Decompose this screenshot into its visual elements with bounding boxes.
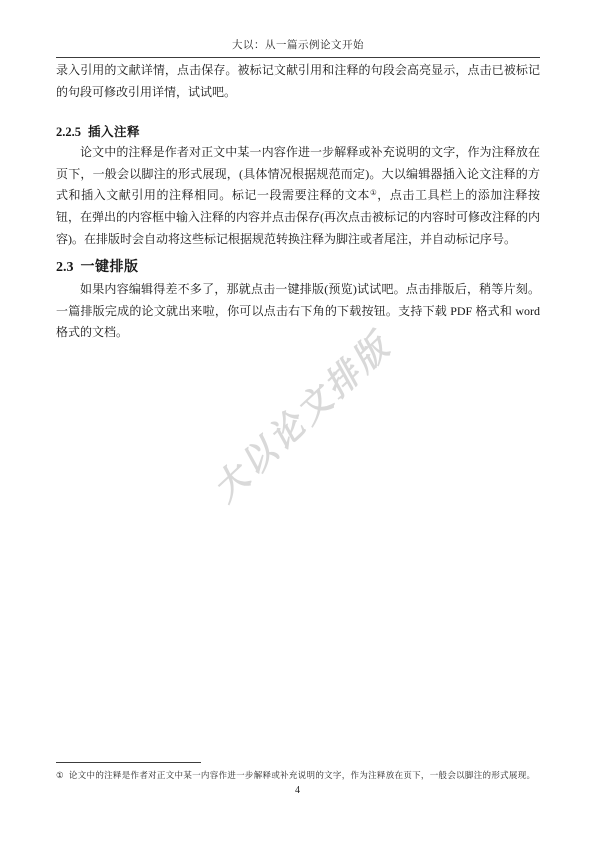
running-header: 大以：从一篇示例论文开始 (56, 39, 540, 58)
footnote-separator-rule (56, 762, 201, 763)
footnote: ①论文中的注释是作者对正文中某一内容作进一步解释或补充说明的文字，作为注释放在页… (56, 769, 543, 781)
document-page: 大以：从一篇示例论文开始 录入引用的文献详情，点击保存。被标记文献引用和注释的句… (0, 0, 595, 842)
heading-2-2-5: 2.2.5插入注释 (56, 124, 540, 141)
paragraph-citation-continued: 录入引用的文献详情，点击保存。被标记文献引用和注释的句段会高亮显示，点击已被标记… (56, 60, 540, 103)
page-content: 录入引用的文献详情，点击保存。被标记文献引用和注释的句段会高亮显示，点击已被标记… (56, 60, 540, 344)
heading-title: 插入注释 (88, 125, 140, 139)
paragraph-text: 如果内容编辑得差不多了，那就点击一键排版(预览)试试吧。点击排版后，稍等片刻。一… (56, 282, 540, 339)
paragraph-text: 录入引用的文献详情，点击保存。被标记文献引用和注释的句段会高亮显示，点击已被标记… (56, 63, 540, 99)
heading-title: 一键排版 (81, 258, 139, 274)
page-number: 4 (0, 785, 595, 796)
running-header-title: 大以：从一篇示例论文开始 (232, 40, 364, 51)
paragraph-one-click-layout: 如果内容编辑得差不多了，那就点击一键排版(预览)试试吧。点击排版后，稍等片刻。一… (56, 279, 540, 344)
heading-number: 2.3 (56, 260, 74, 275)
footnote-marker: ① (56, 770, 64, 780)
heading-2-3: 2.3一键排版 (56, 257, 540, 277)
paragraph-insert-note: 论文中的注释是作者对正文中某一内容作进一步解释或补充说明的文字，作为注释放在页下… (56, 142, 540, 251)
watermark-text: 大以论文排版 (200, 319, 400, 510)
footnote-text: 论文中的注释是作者对正文中某一内容作进一步解释或补充说明的文字，作为注释放在页下… (69, 770, 535, 780)
heading-number: 2.2.5 (56, 125, 81, 139)
